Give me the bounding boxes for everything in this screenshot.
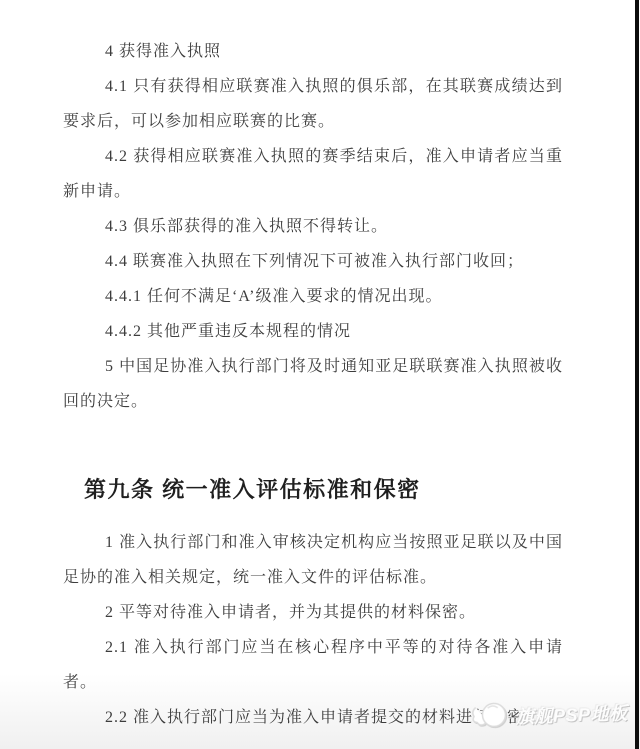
clause-paragraph: 4.4.2 其他严重违反本规程的情况	[63, 314, 563, 349]
section-9-heading: 第九条 统一准入评估标准和保密	[84, 475, 563, 505]
clause-paragraph: 4.2 获得相应联赛准入执照的赛季结束后，准入申请者应当重新申请。	[63, 139, 563, 209]
regulation-text: 4 获得准入执照4.1 只有获得相应联赛准入执照的俱乐部，在其联赛成绩达到要求后…	[63, 34, 563, 735]
clause-paragraph: 2.1 准入执行部门应当在核心程序中平等的对待各准入申请者。	[63, 630, 563, 700]
clause-paragraph: 4.1 只有获得相应联赛准入执照的俱乐部，在其联赛成绩达到要求后，可以参加相应联…	[63, 69, 563, 139]
watermark: 旗舰PSP地板	[470, 693, 629, 735]
clause-paragraph: 4.4.1 任何不满足‘A’级准入要求的情况出现。	[63, 279, 563, 314]
document-page: 4 获得准入执照4.1 只有获得相应联赛准入执照的俱乐部，在其联赛成绩达到要求后…	[0, 0, 640, 749]
photo-edge-strip	[635, 0, 639, 749]
clause-paragraph: 5 中国足协准入执行部门将及时通知亚足联联赛准入执照被收回的决定。	[63, 349, 563, 419]
watermark-label: 旗舰PSP地板	[516, 699, 628, 729]
clause-paragraph: 2 平等对待准入申请者，并为其提供的材料保密。	[63, 595, 563, 630]
clause-paragraph: 1 准入执行部门和准入审核决定机构应当按照亚足联以及中国足协的准入相关规定，统一…	[63, 525, 563, 595]
section-8-clauses: 4 获得准入执照4.1 只有获得相应联赛准入执照的俱乐部，在其联赛成绩达到要求后…	[63, 34, 563, 419]
clause-paragraph: 4.3 俱乐部获得的准入执照不得转让。	[63, 209, 563, 244]
clause-paragraph: 4 获得准入执照	[63, 34, 563, 69]
clause-paragraph: 4.4 联赛准入执照在下列情况下可被准入执行部门收回；	[63, 244, 563, 279]
mascot-logo-icon	[470, 697, 511, 735]
